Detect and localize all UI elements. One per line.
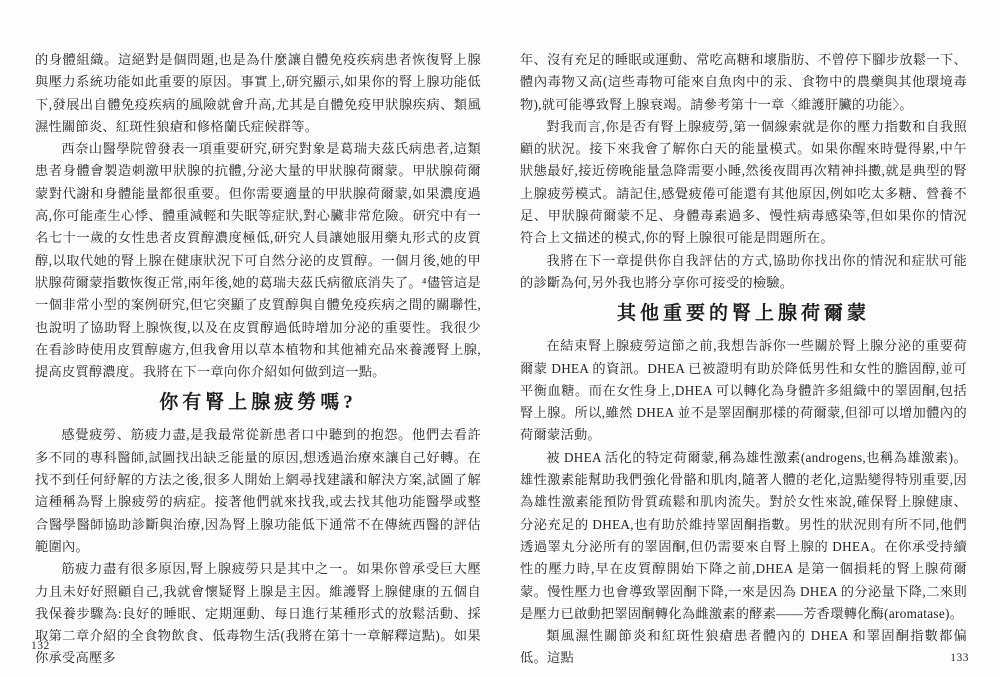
paragraph: 的身體組織。這絕對是個問題,也是為什麼讓自體免疫疾病患者恢復腎上腺與壓力系統功能… (35, 49, 481, 138)
paragraph: 西奈山醫學院曾發表一項重要研究,研究對象是葛瑞夫茲氏病患者,這類患者身體會製造刺… (35, 138, 481, 383)
paragraph: 感覺疲勞、筋疲力盡,是我最常從新患者口中聽到的抱怨。他們去看許多不同的專科醫師,… (35, 424, 481, 558)
page-right: 年、沒有充足的睡眠或運動、常吃高糖和壞脂肪、不曾停下腳步放鬆一下、體內毒物又高(… (520, 0, 967, 677)
paragraph: 年、沒有充足的睡眠或運動、常吃高糖和壞脂肪、不曾停下腳步放鬆一下、體內毒物又高(… (520, 49, 967, 116)
left-text-column: 的身體組織。這絕對是個問題,也是為什麼讓自體免疫疾病患者恢復腎上腺與壓力系統功能… (35, 49, 481, 670)
paragraph: 筋疲力盡有很多原因,腎上腺疲勞只是其中之一。如果你曾承受巨大壓力且未好好照顧自己… (35, 558, 481, 669)
right-text-column: 年、沒有充足的睡眠或運動、常吃高糖和壞脂肪、不曾停下腳步放鬆一下、體內毒物又高(… (520, 49, 967, 670)
book-spread: 的身體組織。這絕對是個問題,也是為什麼讓自體免疫疾病患者恢復腎上腺與壓力系統功能… (0, 0, 1000, 677)
paragraph: 對我而言,你是否有腎上腺疲勞,第一個線索就是你的壓力指數和自我照顧的狀況。接下來… (520, 116, 967, 250)
paragraph: 我將在下一章提供你自我評估的方式,協助你找出你的情況和症狀可能的診斷為何,另外我… (520, 250, 967, 295)
section-heading-other-adrenal-hormones: 其他重要的腎上腺荷爾蒙 (520, 301, 967, 327)
page-number-left: 132 (31, 640, 50, 652)
paragraph: 類風濕性關節炎和紅斑性狼瘡患者體內的 DHEA 和睪固酮指數都偏低。這點 (520, 625, 967, 670)
paragraph: 被 DHEA 活化的特定荷爾蒙,稱為雄性激素(androgens,也稱為雄激素)… (520, 447, 967, 625)
section-heading-adrenal-fatigue-question: 你有腎上腺疲勞嗎? (35, 390, 481, 416)
page-number-right: 133 (950, 652, 969, 664)
page-left: 的身體組織。這絕對是個問題,也是為什麼讓自體免疫疾病患者恢復腎上腺與壓力系統功能… (35, 0, 481, 677)
paragraph: 在結束腎上腺疲勞這節之前,我想告訴你一些關於腎上腺分泌的重要荷爾蒙 DHEA 的… (520, 335, 967, 446)
